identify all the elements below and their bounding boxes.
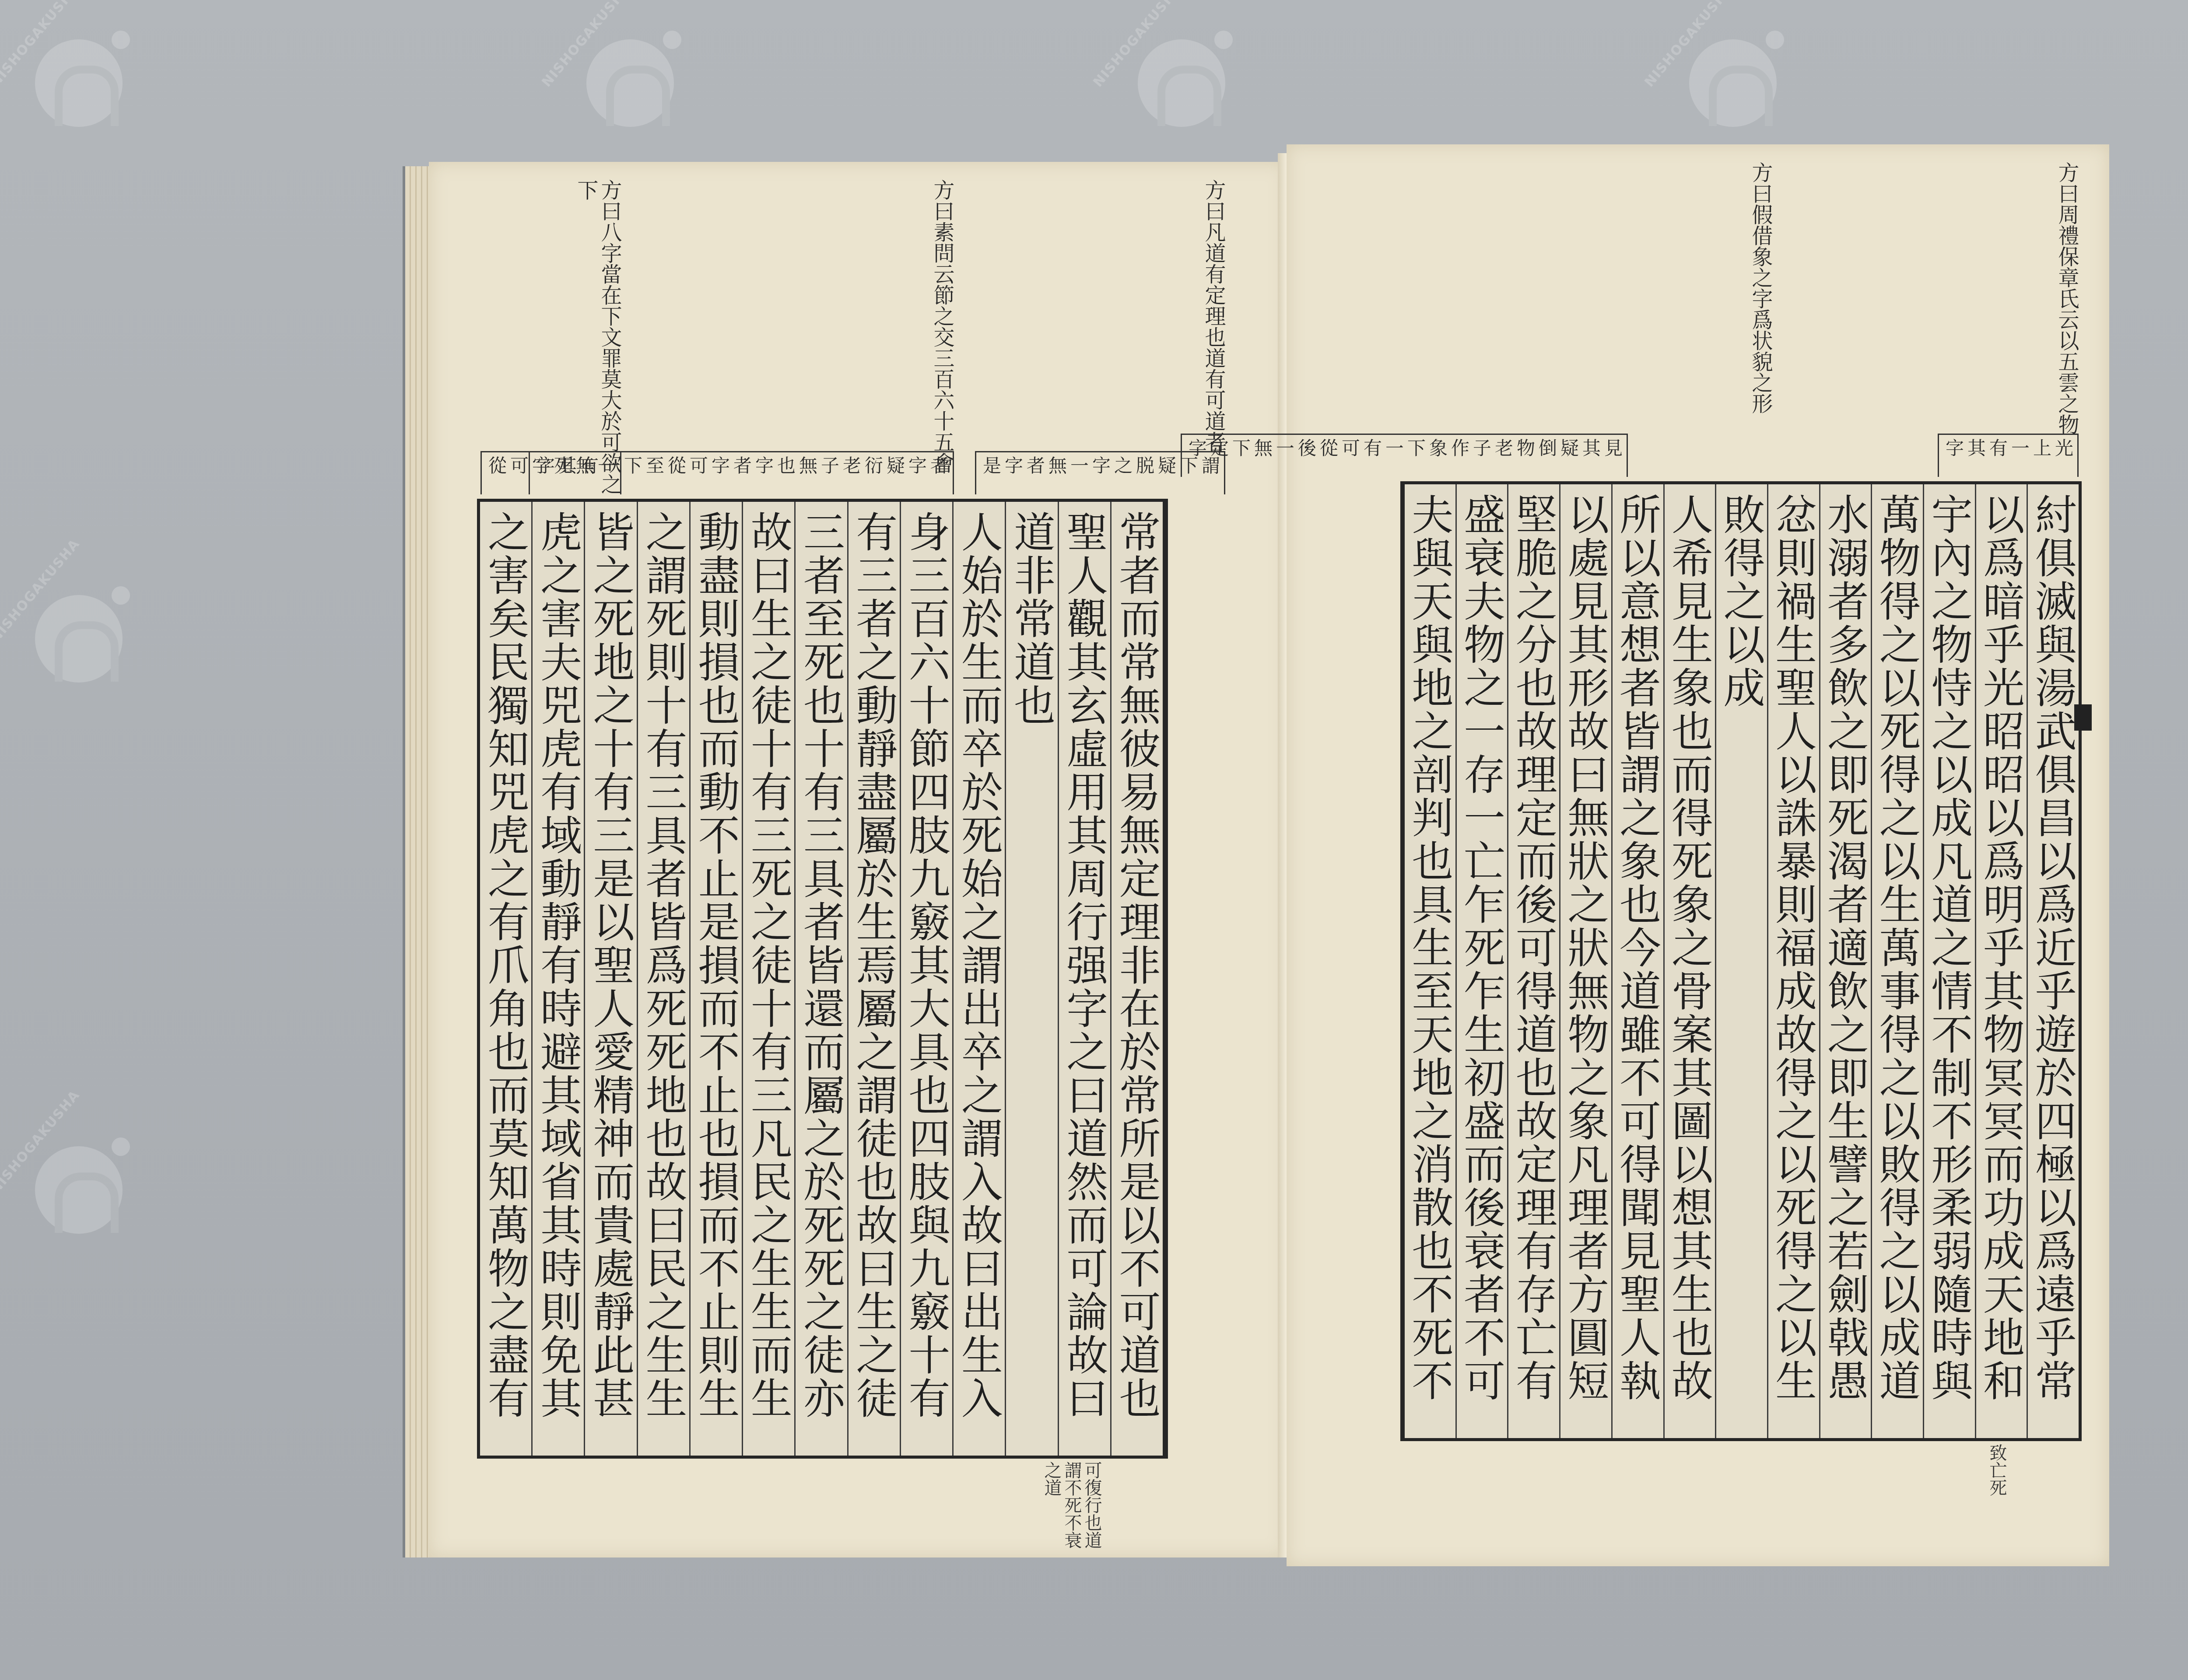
head-notes-right: 方曰周禮保章氏云以五雲之物 方曰假借象之字爲状貌之形 光上一有其字 見其疑倒物老… bbox=[1453, 162, 2087, 477]
nishogakusha-logo-icon: NISHOGAKUSHA bbox=[569, 13, 683, 127]
text-column: 人希見生象也而得死象之骨案其圖以想其生也故諸人之 bbox=[1663, 484, 1715, 1438]
text-column: 水溺者多飲之即死渴者適飲之即生譬之若劍戟愚人以行 bbox=[1819, 484, 1871, 1438]
text-column: 之害矣民獨知兕虎之有爪角也而莫知萬物之盡有爪角 bbox=[480, 502, 531, 1456]
open-book: 方曰凡道有定理也道有可道者 方曰素問云節之交三百六十五會 方曰八字當在下文罪莫大… bbox=[403, 144, 2170, 1571]
head-box: 見其疑倒物老子作象下一有可從後一無下定字 bbox=[1181, 434, 1628, 477]
text-column: 有三者之動靜盡屬於生焉屬之謂徒也故曰生之徒也十有 bbox=[847, 502, 900, 1456]
head-note: 方曰假借象之字爲状貌之形 bbox=[1749, 162, 1772, 414]
foot-note: 致亡死 bbox=[1987, 1444, 2007, 1514]
nishogakusha-logo-icon: NISHOGAKUSHA bbox=[18, 569, 131, 682]
head-note: 方曰周禮保章氏云以五雲之物 bbox=[2055, 162, 2079, 435]
text-column: 忿則禍生聖人以誅暴則福成故得之以死得之以生得之以 bbox=[1767, 484, 1819, 1438]
head-note: 方曰八字當在下文罪莫大於可欲之下 bbox=[574, 179, 621, 494]
text-column: 故曰生之徒十有三死之徒十有三凡民之生生而生者固動 bbox=[742, 502, 794, 1456]
head-notes-left: 方曰凡道有定理也道有可道者 方曰素問云節之交三百六十五會 方曰八字當在下文罪莫大… bbox=[543, 179, 1225, 494]
foot-note: 可復行也道謂不死不衰之道 bbox=[1041, 1461, 1102, 1549]
page-edge-marker bbox=[2074, 704, 2092, 731]
text-column: 所以意想者皆謂之象也今道雖不可得聞見聖人執其見功 bbox=[1611, 484, 1663, 1438]
head-box: 一無死字可從 bbox=[480, 451, 621, 494]
text-column: 虎之害夫兕虎有域動靜有時避其域省其時則免其兕虎 bbox=[531, 502, 584, 1456]
text-column: 之謂死則十有三具者皆爲死死地也故曰民之生生而動動 bbox=[637, 502, 689, 1456]
text-column: 動盡則損也而動不止是損而不止也損而不止則生盡生盡 bbox=[689, 502, 742, 1456]
text-column: 聖人觀其玄虛用其周行强字之曰道然而可論故曰道之可 bbox=[1058, 502, 1110, 1456]
text-column: 常者而常無彼易無定理非在於常所是以不可道也 bbox=[1110, 502, 1163, 1456]
text-column: 盛衰夫物之一存一亡乍死乍生初盛而後衰者不可謂常唯 bbox=[1455, 484, 1508, 1438]
right-page: 方曰周禮保章氏云以五雲之物 方曰假借象之字爲状貌之形 光上一有其字 見其疑倒物老… bbox=[1287, 144, 2109, 1566]
nishogakusha-logo-icon: NISHOGAKUSHA bbox=[18, 1120, 131, 1234]
text-column: 夫與天與地之剖判也具生至天地之消散也不死不衰者謂 bbox=[1405, 484, 1455, 1438]
nishogakusha-logo-icon: NISHOGAKUSHA bbox=[1672, 13, 1785, 127]
left-page: 方曰凡道有定理也道有可道者 方曰素問云節之交三百六十五會 方曰八字當在下文罪莫大… bbox=[429, 162, 1287, 1557]
head-box: 光上一有其字 bbox=[1938, 434, 2079, 477]
text-column: 紂俱滅與湯武俱昌以爲近乎遊於四極以爲遠乎常在吾側 bbox=[2027, 484, 2079, 1438]
text-column: 三者至死也十有三具者皆還而屬之於死死之徒亦有十三 bbox=[794, 502, 847, 1456]
nishogakusha-logo-icon: NISHOGAKUSHA bbox=[1120, 13, 1234, 127]
text-column: 宇內之物恃之以成凡道之情不制不形柔弱隨時與理相應 bbox=[1923, 484, 1975, 1438]
text-column: 以處見其形故曰無狀之狀無物之象凡理者方圓短長麤靡 bbox=[1559, 484, 1611, 1438]
text-column: 皆之死地之十有三是以聖人愛精神而貴處靜此甚大於兕 bbox=[584, 502, 636, 1456]
nishogakusha-logo-icon: NISHOGAKUSHA bbox=[18, 13, 131, 127]
text-frame-right: 紂俱滅與湯武俱昌以爲近乎遊於四極以爲遠乎常在吾側 以爲暗乎光昭昭以爲明乎其物冥冥… bbox=[1400, 481, 2082, 1441]
text-frame-left: 常者而常無彼易無定理非在於常所是以不可道也 聖人觀其玄虛用其周行强字之曰道然而可… bbox=[477, 499, 1168, 1459]
head-note: 方曰凡道有定理也道有可道者 bbox=[1202, 179, 1225, 452]
text-column: 身三百六十節四肢九竅其大具也四肢與九竅十有三者十 bbox=[900, 502, 952, 1456]
text-column: 堅脆之分也故理定而後可得道也故定理有存亡有死生有 bbox=[1507, 484, 1559, 1438]
text-column: 以爲暗乎光昭昭以爲明乎其物冥冥而功成天地和化雷霆 bbox=[1975, 484, 2027, 1438]
head-note: 方曰素問云節之交三百六十五會 bbox=[930, 179, 954, 473]
text-column: 敗得之以成 bbox=[1715, 484, 1767, 1438]
text-column: 萬物得之以死得之以生萬事得之以敗得之以成道譬諸若 bbox=[1871, 484, 1923, 1438]
text-column: 道非常道也 bbox=[1005, 502, 1057, 1456]
text-column: 人始於生而卒於死始之謂出卒之謂入故曰出生入死人之 bbox=[952, 502, 1005, 1456]
